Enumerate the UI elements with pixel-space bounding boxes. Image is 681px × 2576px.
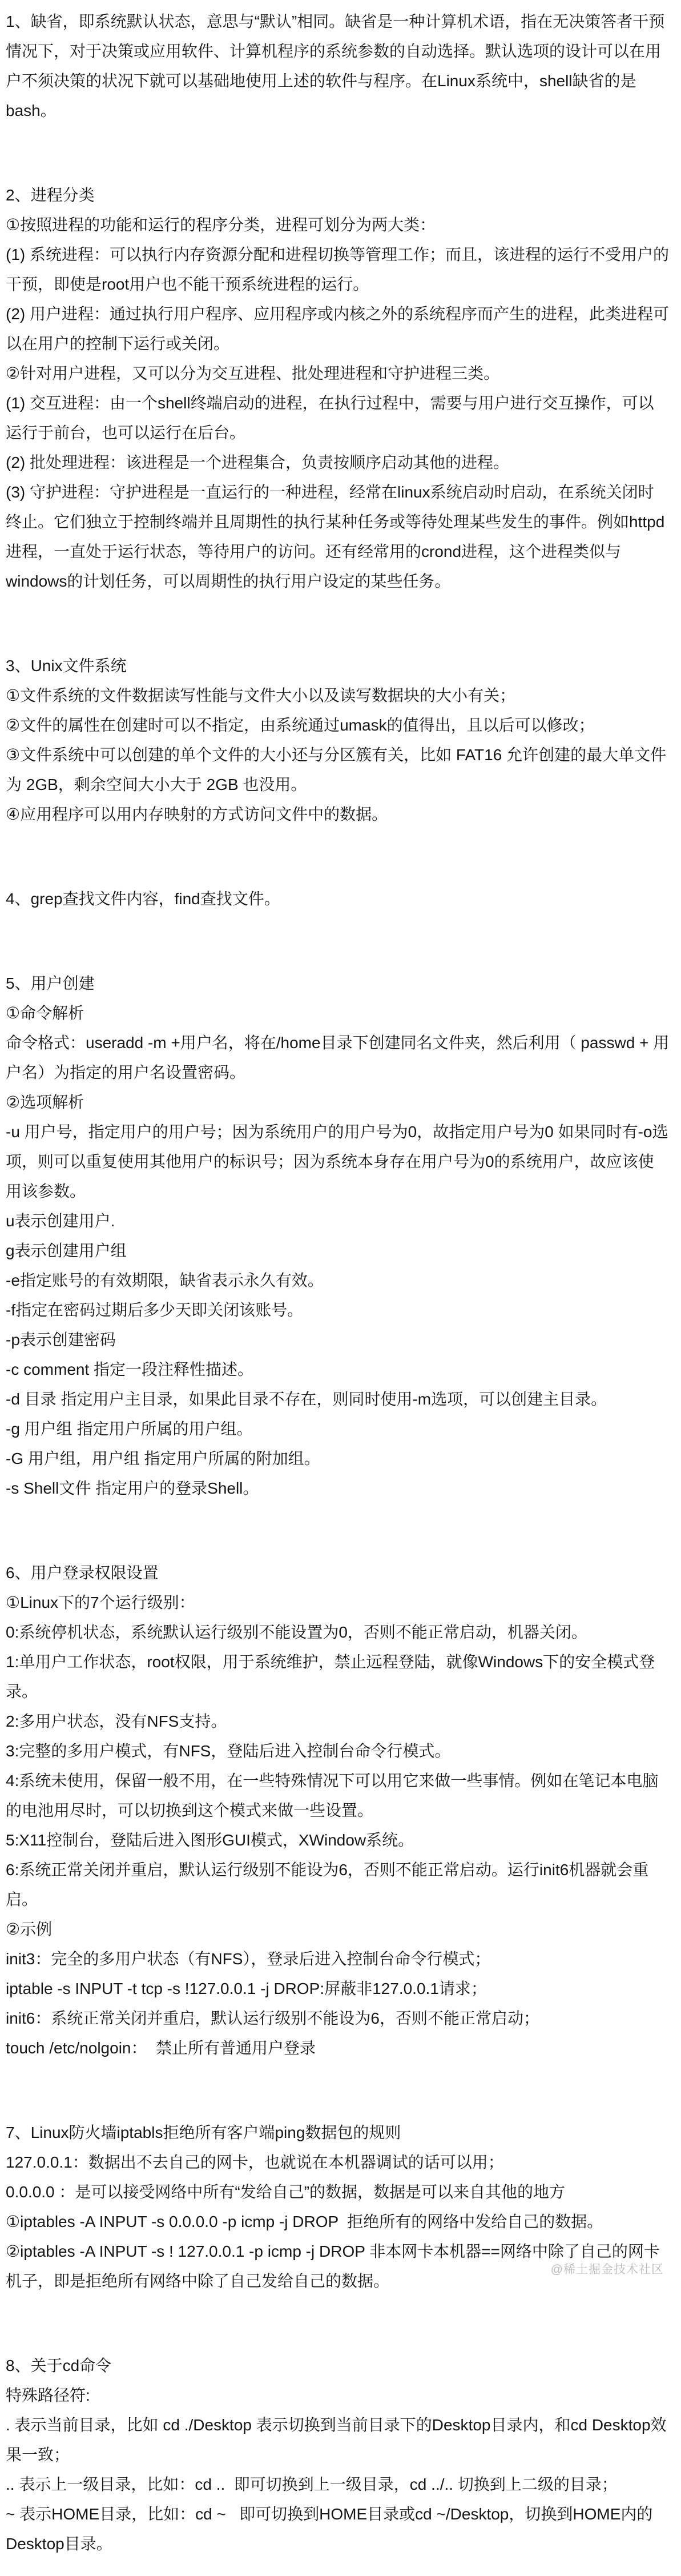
paragraph: (1) 交互进程：由一个shell终端启动的进程，在执行过程中，需要与用户进行交… [6,388,670,448]
paragraph: init3：完全的多用户状态（有NFS），登录后进入控制台命令行模式； [6,1944,670,1974]
paragraph: ①文件系统的文件数据读写性能与文件大小以及读写数据块的大小有关； [6,681,670,711]
paragraph: -c comment 指定一段注释性描述。 [6,1355,670,1385]
section-gap [6,1503,670,1558]
paragraph: init6：系统正常关闭并重启，默认运行级别不能设为6，否则不能正常启动； [6,2004,670,2033]
paragraph: (2) 批处理进程：该进程是一个进程集合，负责按顺序启动其他的进程。 [6,448,670,478]
paragraph: 1、缺省，即系统默认状态，意思与“默认”相同。缺省是一种计算机术语，指在无决策答… [6,7,670,126]
section-heading: 3、Unix文件系统 [6,651,670,681]
paragraph: iptable -s INPUT -t tcp -s !127.0.0.1 -j… [6,1974,670,2004]
document-body: 1、缺省，即系统默认状态，意思与“默认”相同。缺省是一种计算机术语，指在无决策答… [0,0,681,2576]
section-heading: 5、用户创建 [6,969,670,998]
paragraph: touch /etc/nolgoin： 禁止所有普通用户登录 [6,2033,670,2063]
paragraph: 5:X11控制台，登陆后进入图形GUI模式，XWindow系统。 [6,1825,670,1855]
section-process-classification: 2、进程分类 ①按照进程的功能和运行的程序分类，进程可划分为两大类： (1) 系… [6,180,670,596]
paragraph: 命令格式：useradd -m +用户名，将在/home目录下创建同名文件夹，然… [6,1028,670,1088]
paragraph: -s Shell文件 指定用户的登录Shell。 [6,1474,670,1503]
paragraph: ②选项解析 [6,1088,670,1117]
section-gap [6,2063,670,2118]
paragraph: -u 用户号，指定用户的用户号；因为系统用户的用户号为0，故指定用户号为0 如果… [6,1117,670,1206]
paragraph: ①Linux下的7个运行级别： [6,1588,670,1618]
section-gap [6,914,670,969]
paragraph: ①iptables -A INPUT -s 0.0.0.0 -p icmp -j… [6,2207,670,2237]
section-gap [6,126,670,180]
paragraph: 4、grep查找文件内容，find查找文件。 [6,884,670,914]
paragraph: -p表示创建密码 [6,1325,670,1355]
paragraph: ③文件系统中可以创建的单个文件的大小还与分区簇有关，比如 FAT16 允许创建的… [6,740,670,800]
paragraph: g表示创建用户组 [6,1236,670,1266]
paragraph: u表示创建用户. [6,1206,670,1236]
paragraph: .. 表示上一级目录，比如：cd .. 即可切换到上一级目录，cd ../.. … [6,2470,670,2499]
paragraph: (1) 系统进程：可以执行内存资源分配和进程切换等管理工作；而且，该进程的运行不… [6,240,670,299]
section-user-creation: 5、用户创建 ①命令解析 命令格式：useradd -m +用户名，将在/hom… [6,969,670,1503]
paragraph: ②针对用户进程，又可以分为交互进程、批处理进程和守护进程三类。 [6,359,670,388]
section-grep-find: 4、grep查找文件内容，find查找文件。 [6,884,670,914]
paragraph: 4:系统未使用，保留一般不用，在一些特殊情况下可以用它来做一些事情。例如在笔记本… [6,1766,670,1825]
section-cd-command: 8、关于cd命令 特殊路径符: . 表示当前目录，比如 cd ./Desktop… [6,2351,670,2559]
section-gap [6,829,670,884]
paragraph: 6:系统正常关闭并重启，默认运行级别不能设为6，否则不能正常启动。运行init6… [6,1855,670,1915]
paragraph: 3:完整的多用户模式，有NFS，登陆后进入控制台命令行模式。 [6,1736,670,1766]
section-gap [6,596,670,651]
paragraph: ①命令解析 [6,998,670,1028]
paragraph: (3) 守护进程：守护进程是一直运行的一种进程，经常在linux系统启动时启动，… [6,478,670,596]
paragraph: ~ 表示HOME目录，比如：cd ~ 即可切换到HOME目录或cd ~/Desk… [6,2499,670,2559]
paragraph: -d 目录 指定用户主目录，如果此目录不存在，则同时使用-m选项，可以创建主目录… [6,1385,670,1414]
paragraph: 0:系统停机状态，系统默认运行级别不能设置为0，否则不能正常启动，机器关闭。 [6,1618,670,1647]
paragraph: ②示例 [6,1915,670,1944]
section-heading: 2、进程分类 [6,180,670,210]
section-unix-filesystem: 3、Unix文件系统 ①文件系统的文件数据读写性能与文件大小以及读写数据块的大小… [6,651,670,829]
paragraph: -g 用户组 指定用户所属的用户组。 [6,1414,670,1444]
section-gap [6,2296,670,2351]
section-heading: 8、关于cd命令 [6,2351,670,2381]
watermark: @稀土掘金技术社区 [551,2263,664,2277]
paragraph: (2) 用户进程：通过执行用户程序、应用程序或内核之外的系统程序而产生的进程，此… [6,299,670,359]
paragraph: -e指定账号的有效期限，缺省表示永久有效。 [6,1266,670,1295]
paragraph: 127.0.0.1：数据出不去自己的网卡，也就说在本机器调试的话可以用； [6,2148,670,2177]
section-heading: 7、Linux防火墙iptabls拒绝所有客户端ping数据包的规则 [6,2118,670,2148]
paragraph: 1:单用户工作状态，root权限，用于系统维护，禁止远程登陆，就像Windows… [6,1647,670,1707]
section-default: 1、缺省，即系统默认状态，意思与“默认”相同。缺省是一种计算机术语，指在无决策答… [6,7,670,126]
paragraph: 特殊路径符: [6,2381,670,2410]
section-login-runlevels: 6、用户登录权限设置 ①Linux下的7个运行级别： 0:系统停机状态，系统默认… [6,1558,670,2063]
paragraph: -f指定在密码过期后多少天即关闭该账号。 [6,1295,670,1325]
section-heading: 6、用户登录权限设置 [6,1558,670,1588]
paragraph: 0.0.0.0 ：是可以接受网络中所有“发给自己”的数据，数据是可以来自其他的地… [6,2177,670,2207]
paragraph: ①按照进程的功能和运行的程序分类，进程可划分为两大类： [6,210,670,240]
paragraph: -G 用户组，用户组 指定用户所属的附加组。 [6,1444,670,1474]
paragraph: . 表示当前目录，比如 cd ./Desktop 表示切换到当前目录下的Desk… [6,2410,670,2470]
paragraph: ②文件的属性在创建时可以不指定，由系统通过umask的值得出，且以后可以修改； [6,711,670,740]
paragraph: 2:多用户状态，没有NFS支持。 [6,1707,670,1736]
paragraph: ④应用程序可以用内存映射的方式访问文件中的数据。 [6,800,670,829]
